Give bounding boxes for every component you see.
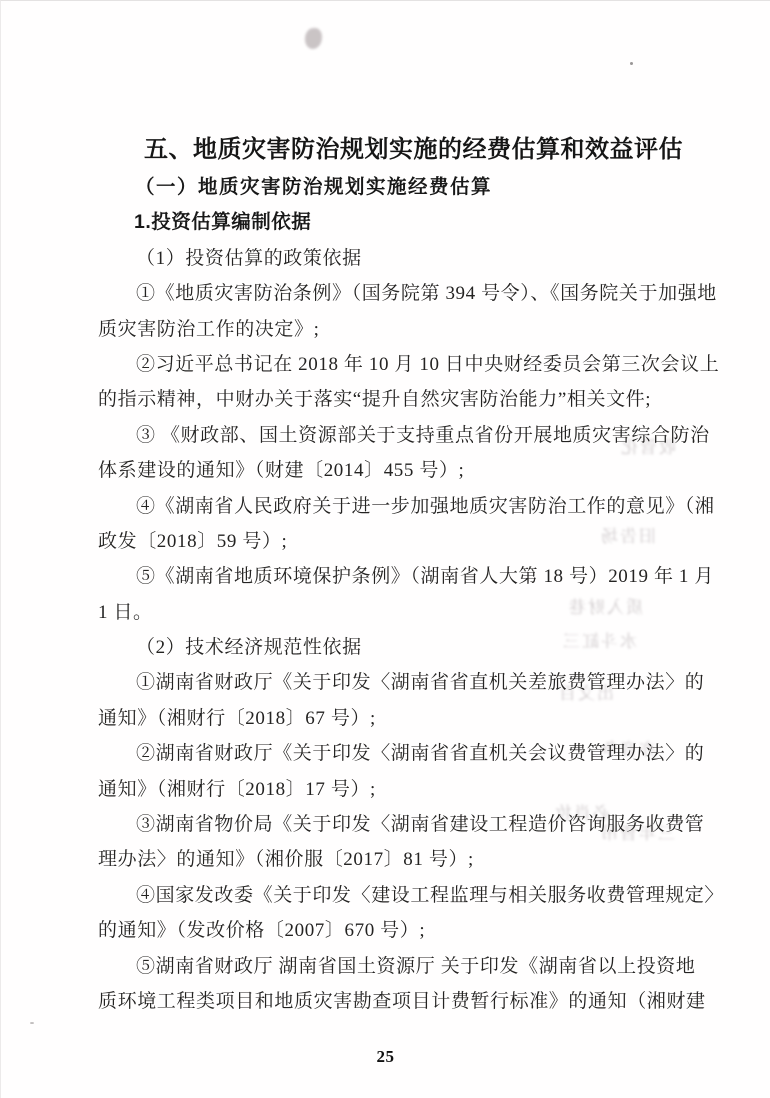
scan-speck (30, 1022, 34, 1024)
text-line: 1 日。 (98, 595, 698, 630)
text-line: 体系建设的通知》（财建〔2014〕455 号）; (98, 453, 698, 488)
scanned-page: 收管化旧告场质入财巷水斗缸三出文百亦音争必肖妆三年皆吊 五、地质灾害防治规划实施… (0, 0, 770, 1098)
text-line: ②习近平总书记在 2018 年 10 月 10 日中央财经委员会第三次会议上 (98, 347, 698, 382)
text-line: ④《湖南省人民政府关于进一步加强地质灾害防治工作的意见》（湘 (98, 489, 698, 524)
text-line: ②湖南省财政厅《关于印发〈湖南省省直机关会议费管理办法〉的 (98, 736, 698, 771)
text-line: ③ 《财政部、国土资源部关于支持重点省份开展地质灾害综合防治 (98, 418, 698, 453)
text-line: 质灾害防治工作的决定》; (98, 312, 698, 347)
text-line: （1）投资估算的政策依据 (98, 241, 698, 276)
text-line: 质环境工程类项目和地质灾害勘查项目计费暂行标准》的通知（湘财建 (98, 984, 698, 1019)
document-body: （一）地质灾害防治规划实施经费估算1.投资估算编制依据（1）投资估算的政策依据①… (98, 170, 698, 1019)
section-heading: 1.投资估算编制依据 (98, 205, 698, 240)
document-title: 五、地质灾害防治规划实施的经费估算和效益评估 (144, 129, 683, 164)
text-line: ⑤湖南省财政厅 湖南省国土资源厅 关于印发《湖南省以上投资地 (98, 949, 698, 984)
scan-speck (630, 62, 633, 65)
text-line: ①湖南省财政厅《关于印发〈湖南省省直机关差旅费管理办法〉的 (98, 665, 698, 700)
page-number: 25 (1, 1047, 770, 1067)
text-line: （2）技术经济规范性依据 (98, 630, 698, 665)
scan-smudge (305, 28, 322, 49)
text-line: 政发〔2018〕59 号）; (98, 524, 698, 559)
text-line: 理办法〉的通知》（湘价服〔2017〕81 号）; (98, 842, 698, 877)
text-line: 的通知》（发改价格〔2007〕670 号）; (98, 913, 698, 948)
text-line: ①《地质灾害防治条例》（国务院第 394 号令）、《国务院关于加强地 (98, 276, 698, 311)
text-line: 的指示精神，中财办关于落实“提升自然灾害防治能力”相关文件; (98, 382, 698, 417)
text-line: ④国家发改委《关于印发〈建设工程监理与相关服务收费管理规定〉 (98, 878, 698, 913)
text-line: 通知》（湘财行〔2018〕17 号）; (98, 772, 698, 807)
text-line: 通知》（湘财行〔2018〕67 号）; (98, 701, 698, 736)
text-line: ⑤《湖南省地质环境保护条例》（湖南省人大第 18 号）2019 年 1 月 (98, 559, 698, 594)
text-line: ③湖南省物价局《关于印发〈湖南省建设工程造价咨询服务收费管 (98, 807, 698, 842)
section-heading: （一）地质灾害防治规划实施经费估算 (98, 170, 698, 205)
